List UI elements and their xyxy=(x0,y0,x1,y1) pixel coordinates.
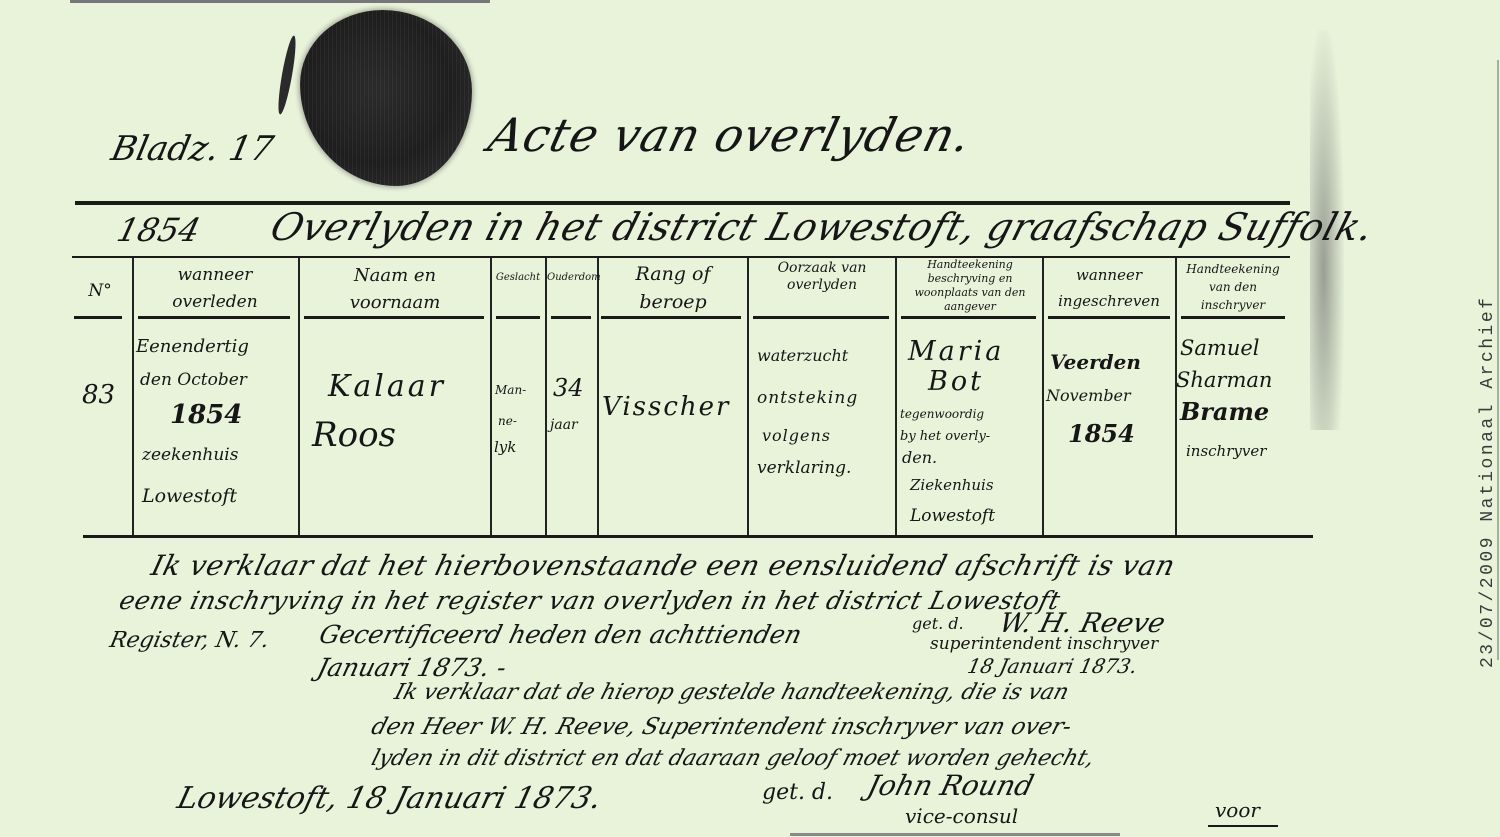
header-underline xyxy=(138,316,290,319)
consul-title: vice-consul xyxy=(905,806,1018,826)
document-title: Acte van overlyden. xyxy=(484,112,976,158)
col-rule xyxy=(545,258,547,535)
col-header-sex: Geslacht xyxy=(492,266,544,290)
table-bottom-rule xyxy=(83,535,1313,538)
registrar-line: Brame xyxy=(1180,400,1269,424)
col-header-age: Ouderdom xyxy=(547,266,595,290)
page-label: Bladz. 17 xyxy=(108,132,276,166)
col-rule xyxy=(298,258,300,535)
consular-certification-line: lyden in dit district en dat daaraan gel… xyxy=(369,748,1097,770)
sex-line: ne- xyxy=(498,415,517,427)
col-rule xyxy=(597,258,599,535)
signature-title: superintendent inschryver xyxy=(930,636,1158,653)
col-rule xyxy=(132,258,134,535)
top-edge-artifact xyxy=(70,0,490,3)
col-rule xyxy=(747,258,749,535)
sex-line: lyk xyxy=(494,440,516,455)
informant-line: Ziekenhuis xyxy=(910,478,994,493)
cause-line: ontsteking xyxy=(757,390,858,407)
registrar-line: inschryver xyxy=(1186,444,1266,459)
register-year: 1854 xyxy=(114,214,203,246)
informant-line: tegenwoordig xyxy=(900,408,984,420)
col-rule xyxy=(1175,258,1177,535)
informant-line: den. xyxy=(902,450,937,466)
header-underline xyxy=(1048,316,1170,319)
informant-line: Bot xyxy=(928,368,984,395)
entry-number: 83 xyxy=(82,382,115,408)
header-underline xyxy=(496,316,540,319)
col-header-informant: Handteekening beschryving en woonplaats … xyxy=(899,258,1041,314)
informant-line: Lowestoft xyxy=(910,508,995,525)
header-underline xyxy=(753,316,889,319)
registrar-line: Samuel xyxy=(1180,338,1260,359)
informant-line: Maria xyxy=(908,338,1004,365)
col-rule xyxy=(490,258,492,535)
cause-line: volgens xyxy=(762,428,831,444)
col-header-registrar: Handteekening van den inschryver xyxy=(1179,260,1287,314)
footnote-mark: voor xyxy=(1215,800,1260,820)
registered-line: November xyxy=(1046,388,1131,404)
certification-line: Ik verklaar dat het hierbovenstaande een… xyxy=(149,552,1179,580)
certified-date: Januari 1873. - xyxy=(315,655,509,680)
col-header-no: N° xyxy=(78,280,122,302)
col-rule xyxy=(895,258,897,535)
when-died-line: Eenendertig xyxy=(136,338,249,356)
cause-line: verklaring. xyxy=(757,460,851,477)
age-value: 34 xyxy=(553,376,584,400)
consular-certification-line: den Heer W. H. Reeve, Superintendent ins… xyxy=(369,716,1074,739)
deceased-name-line: Kalaar xyxy=(328,372,446,402)
col-header-occupation: Rang of beroep xyxy=(603,260,743,316)
header-underline xyxy=(551,316,591,319)
heading-bottom-rule xyxy=(72,256,1290,258)
register-heading: Overlyden in het district Lowestoft, gra… xyxy=(267,208,1379,246)
header-underline xyxy=(901,316,1036,319)
when-died-line: 1854 xyxy=(170,402,242,428)
col-header-when-died: wanneer overleden xyxy=(140,262,290,316)
signature-date: 18 Januari 1873. xyxy=(966,656,1139,676)
informant-line: by het overly- xyxy=(900,430,990,443)
header-underline xyxy=(74,316,122,319)
col-rule xyxy=(1042,258,1044,535)
footnote-underline xyxy=(1208,825,1278,827)
col-header-name: Naam en voornaam xyxy=(306,262,484,316)
signature-prefix: get. d. xyxy=(912,616,964,632)
col-header-registered: wanneer ingeschreven xyxy=(1046,262,1172,314)
signature-name: W. H. Reeve xyxy=(997,610,1168,637)
archive-stamp: 23/07/2009 Nationaal Archief xyxy=(1478,296,1498,668)
certification-line: eene inschryving in het register van ove… xyxy=(117,588,1063,613)
sex-line: Man- xyxy=(495,384,526,396)
wax-seal-drip xyxy=(275,35,299,116)
header-underline xyxy=(601,316,741,319)
consular-certification-line: Ik verklaar dat de hierop gestelde handt… xyxy=(392,682,1071,704)
col-header-cause: Oorzaak van overlyden xyxy=(753,260,891,294)
registered-line: Veerden xyxy=(1050,352,1141,372)
registrar-line: Sharman xyxy=(1176,370,1272,391)
when-died-line: Lowestoft xyxy=(142,487,237,506)
place-and-date: Lowestoft, 18 Januari 1873. xyxy=(174,784,604,814)
when-died-line: den October xyxy=(140,372,247,389)
consul-signature-prefix: get. d. xyxy=(762,782,833,804)
header-underline xyxy=(1181,316,1285,319)
deceased-name-line: Roos xyxy=(312,418,396,452)
register-reference: Register, N. 7. xyxy=(108,630,271,652)
consul-signature-name: John Round xyxy=(865,772,1037,800)
registered-line: 1854 xyxy=(1068,422,1135,446)
occupation-value: Visscher xyxy=(602,394,730,420)
header-underline xyxy=(304,316,484,319)
wax-seal xyxy=(300,10,472,186)
certified-text: Gecertificeerd heden den achttienden xyxy=(317,622,804,647)
cause-line: waterzucht xyxy=(757,348,848,364)
age-unit: jaar xyxy=(550,418,578,432)
bottom-edge-artifact xyxy=(790,833,1120,836)
when-died-line: zeekenhuis xyxy=(142,447,238,464)
